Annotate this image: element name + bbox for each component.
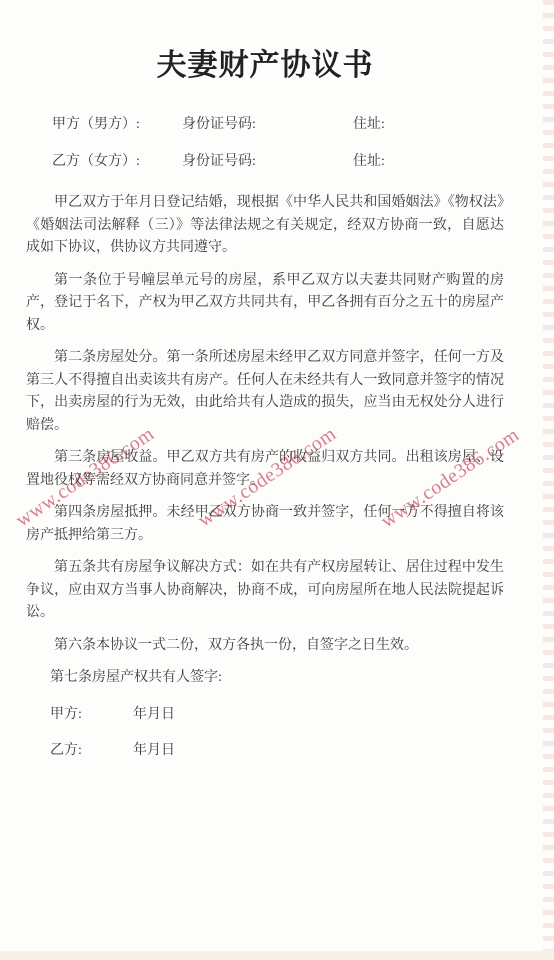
party-a-id-label: 身份证号码: [182, 114, 353, 136]
party-a-address-label: 住址: [353, 114, 504, 136]
signature-a-date-label: 年月日 [133, 704, 504, 727]
signature-heading: 第七条房屋产权共有人签字: [50, 667, 504, 690]
party-a-role-label: 甲方（男方）: [52, 114, 182, 136]
party-row-b: 乙方（女方）: 身份证号码: 住址: [26, 151, 504, 173]
party-b-id-label: 身份证号码: [182, 151, 353, 173]
paragraph-article-2: 第二条房屋处分。第一条所述房屋未经甲乙双方同意并签字，任何一方及第三人不得擅自出… [26, 347, 504, 437]
paragraph-article-5: 第五条共有房屋争议解决方式：如在共有产权房屋转让、居住过程中发生争议，应由双方当… [26, 557, 504, 625]
signature-b-date-label: 年月日 [133, 740, 504, 763]
scan-edge-bottom-decoration [0, 951, 554, 960]
paragraph-article-3: 第三条房屋收益。甲乙双方共有房产的收益归双方共同。出租该房屋、设置地役权等需经双… [26, 447, 504, 492]
party-b-address-label: 住址: [353, 151, 504, 173]
document-page: www.code386.com www.code386.com www.code… [0, 0, 554, 960]
scan-edge-right-decoration [543, 0, 554, 960]
paragraph-article-1: 第一条位于号幢层单元号的房屋，系甲乙双方以夫妻共同财产购置的房产，登记于名下，产… [26, 270, 504, 338]
party-row-a: 甲方（男方）: 身份证号码: 住址: [26, 114, 504, 136]
signature-a-party-label: 甲方: [50, 704, 133, 727]
party-b-role-label: 乙方（女方）: [52, 151, 182, 173]
paragraph-intro: 甲乙双方于年月日登记结婚，现根据《中华人民共和国婚姻法》《物权法》《婚姻法司法解… [26, 192, 504, 260]
paragraph-article-4: 第四条房屋抵押。未经甲乙双方协商一致并签字，任何一方不得擅自将该房产抵押给第三方… [26, 502, 504, 547]
document-title: 夫妻财产协议书 [26, 46, 504, 86]
signature-row-b: 乙方: 年月日 [50, 740, 504, 763]
signature-row-a: 甲方: 年月日 [50, 704, 504, 727]
signature-b-party-label: 乙方: [50, 740, 133, 763]
document-content: 夫妻财产协议书 甲方（男方）: 身份证号码: 住址: 乙方（女方）: 身份证号码… [0, 0, 554, 763]
paragraph-article-6: 第六条本协议一式二份，双方各执一份，自签字之日生效。 [26, 635, 504, 658]
